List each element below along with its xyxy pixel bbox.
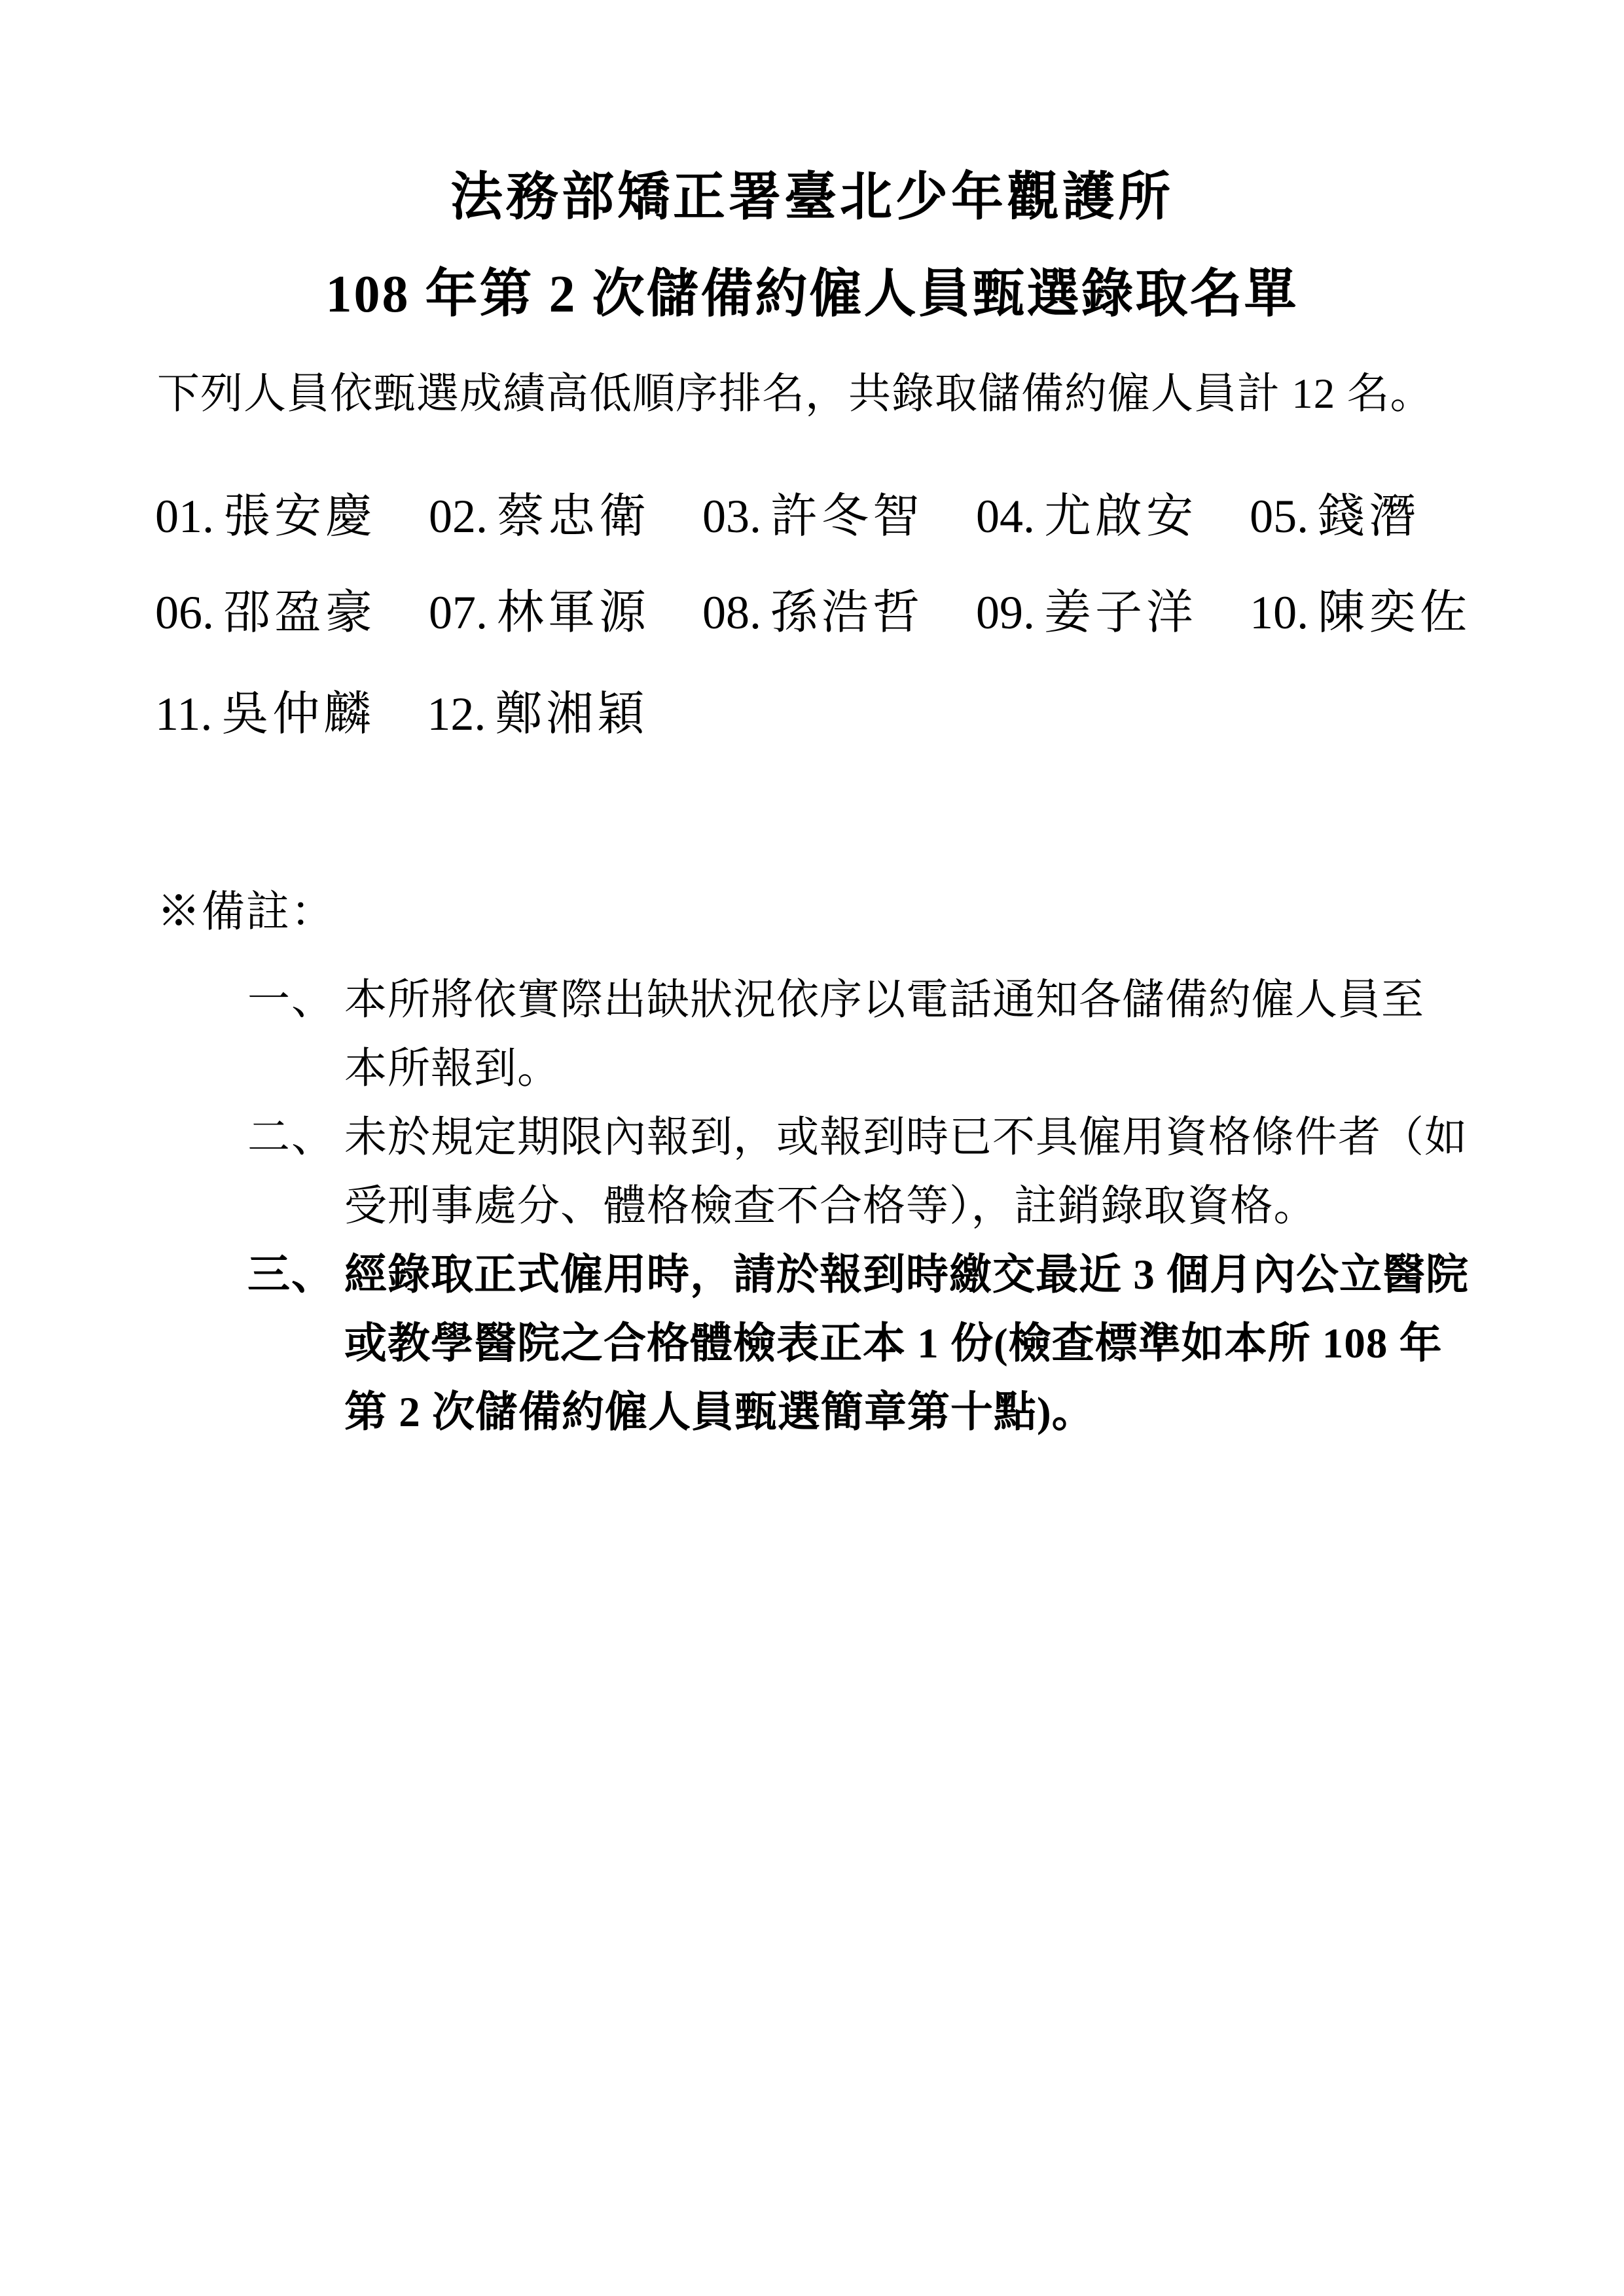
remark-item: 二、 未於規定期限內報到，或報到時已不具僱用資格條件者（如 受刑事處分、體格檢查…	[247, 1103, 1469, 1241]
remarks-list: 一、 本所將依實際出缺狀況依序以電話通知各儲備約僱人員至 本所報到。 二、 未於…	[247, 966, 1469, 1447]
entry-name: 吳仲麟	[221, 688, 374, 740]
remark-line: 第 2 次儲備約僱人員甄選簡章第十點)。	[344, 1378, 1469, 1447]
remark-number: 一、	[247, 966, 344, 1035]
remark-text: 經錄取正式僱用時，請於報到時繳交最近 3 個月內公立醫院 或教學醫院之合格體檢表…	[344, 1241, 1469, 1447]
roster-entry: 12.鄭湘穎	[427, 687, 648, 742]
roster-row: 11.吳仲麟 12.鄭湘穎	[155, 687, 648, 742]
entry-number: 01.	[155, 490, 214, 543]
remark-line: 受刑事處分、體格檢查不合格等），註銷錄取資格。	[344, 1172, 1468, 1241]
roster-entry: 03.許冬智	[702, 490, 924, 544]
entry-name: 姜子洋	[1044, 586, 1197, 639]
entry-number: 08.	[702, 586, 761, 639]
roster-entry: 07.林軍源	[429, 586, 650, 640]
roster-entry: 02.蔡忠衛	[429, 490, 650, 544]
entry-number: 05.	[1250, 490, 1308, 543]
intro-text: 下列人員依甄選成績高低順序排名，共錄取儲備約僱人員計 12 名。	[157, 368, 1434, 420]
entry-number: 11.	[155, 688, 212, 740]
remark-line: 未於規定期限內報到，或報到時已不具僱用資格條件者（如	[344, 1103, 1468, 1172]
roster-entry: 09.姜子洋	[976, 586, 1197, 640]
entry-number: 09.	[976, 586, 1035, 639]
entry-name: 錢潛	[1318, 490, 1420, 543]
entry-name: 許冬智	[770, 490, 924, 543]
remark-line: 本所將依實際出缺狀況依序以電話通知各儲備約僱人員至	[344, 966, 1424, 1035]
roster-entry: 08.孫浩哲	[702, 586, 924, 640]
roster-row: 01.張安慶 02.蔡忠衛 03.許冬智 04.尤啟安 05.錢潛	[155, 490, 1420, 544]
entry-number: 10.	[1250, 586, 1308, 639]
entry-name: 陳奕佐	[1318, 586, 1471, 639]
page-subtitle: 108 年第 2 次儲備約僱人員甄選錄取名單	[0, 264, 1624, 325]
entry-name: 孫浩哲	[770, 586, 924, 639]
roster-entry: 11.吳仲麟	[155, 687, 374, 742]
roster-entry: 01.張安慶	[155, 490, 376, 544]
entry-name: 鄭湘穎	[495, 688, 648, 740]
roster-entry: 06.邵盈豪	[155, 586, 376, 640]
remark-item: 一、 本所將依實際出缺狀況依序以電話通知各儲備約僱人員至 本所報到。	[247, 966, 1469, 1103]
remarks-label: ※備註：	[157, 886, 335, 938]
entry-name: 尤啟安	[1044, 490, 1197, 543]
remark-number: 二、	[247, 1103, 344, 1172]
entry-number: 03.	[702, 490, 761, 543]
roster-entry: 04.尤啟安	[976, 490, 1197, 544]
roster-entry: 10.陳奕佐	[1250, 586, 1471, 640]
entry-number: 02.	[429, 490, 488, 543]
entry-name: 張安慶	[223, 490, 376, 543]
document-page: 法務部矯正署臺北少年觀護所 108 年第 2 次儲備約僱人員甄選錄取名單 下列人…	[0, 0, 1624, 2296]
remark-line: 經錄取正式僱用時，請於報到時繳交最近 3 個月內公立醫院	[344, 1241, 1469, 1310]
entry-number: 04.	[976, 490, 1035, 543]
remark-text: 本所將依實際出缺狀況依序以電話通知各儲備約僱人員至 本所報到。	[344, 966, 1424, 1103]
page-title: 法務部矯正署臺北少年觀護所	[0, 168, 1624, 228]
roster-entry: 05.錢潛	[1250, 490, 1420, 544]
entry-number: 06.	[155, 586, 214, 639]
entry-name: 邵盈豪	[223, 586, 376, 639]
entry-name: 林軍源	[497, 586, 650, 639]
remark-line: 本所報到。	[344, 1035, 1424, 1103]
remark-item: 三、 經錄取正式僱用時，請於報到時繳交最近 3 個月內公立醫院 或教學醫院之合格…	[247, 1241, 1469, 1447]
entry-name: 蔡忠衛	[497, 490, 650, 543]
entry-number: 12.	[427, 688, 486, 740]
roster-row: 06.邵盈豪 07.林軍源 08.孫浩哲 09.姜子洋 10.陳奕佐	[155, 586, 1471, 640]
remark-text: 未於規定期限內報到，或報到時已不具僱用資格條件者（如 受刑事處分、體格檢查不合格…	[344, 1103, 1468, 1241]
remark-line: 或教學醫院之合格體檢表正本 1 份(檢查標準如本所 108 年	[344, 1310, 1469, 1378]
entry-number: 07.	[429, 586, 488, 639]
remark-number: 三、	[247, 1241, 344, 1310]
